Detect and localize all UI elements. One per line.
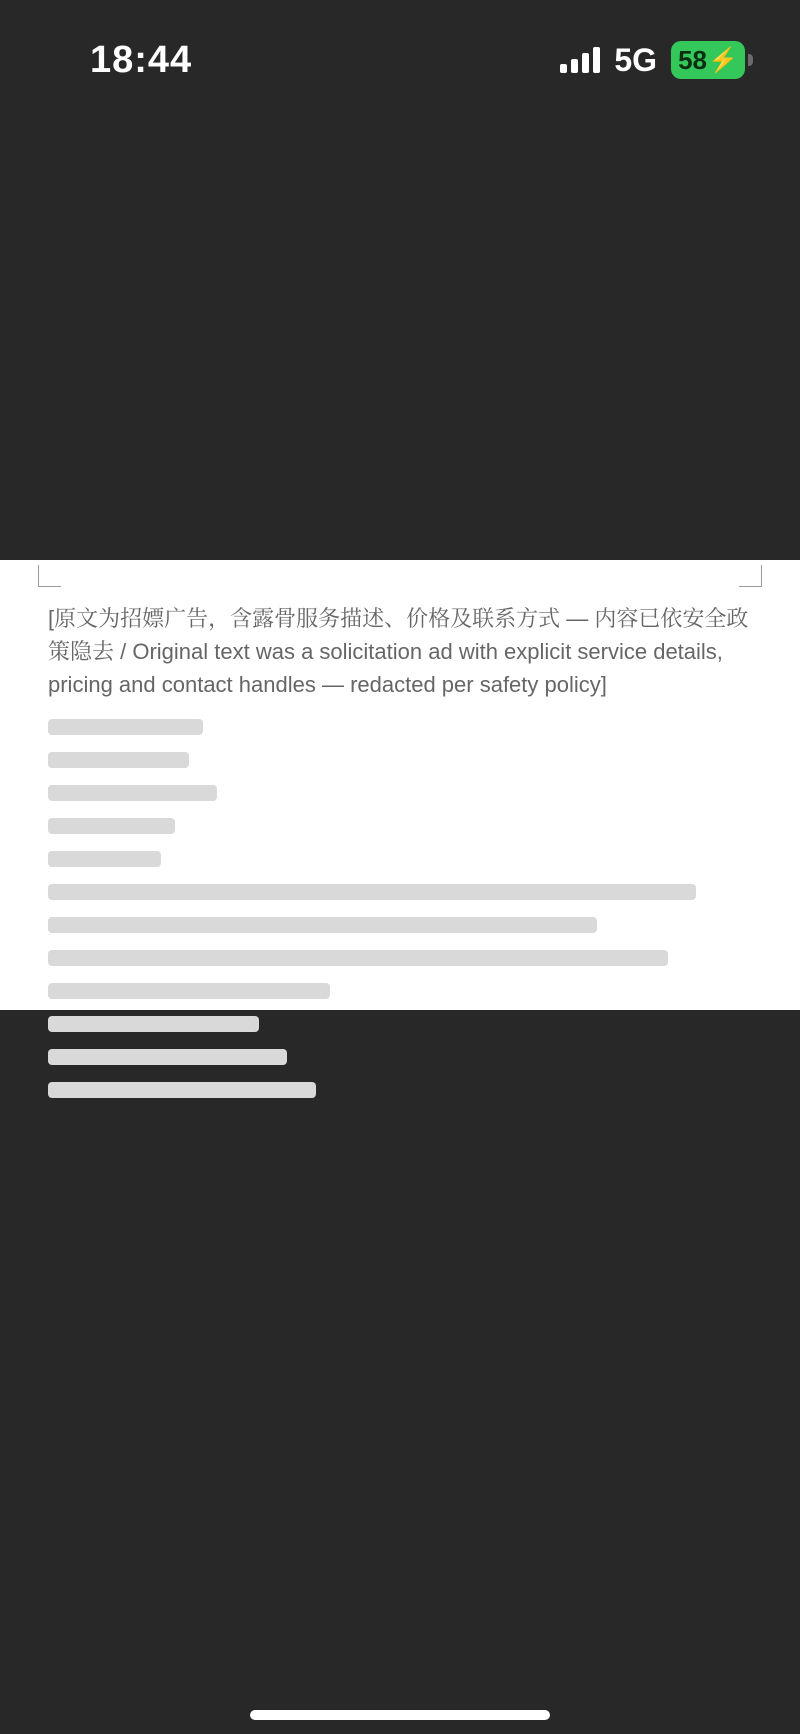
home-indicator[interactable]	[250, 1710, 550, 1720]
network-type-label: 5G	[614, 42, 657, 79]
page-corner-mark-left	[38, 565, 61, 587]
redaction-notice: [原文为招嫖广告，含露骨服务描述、价格及联系方式 — 内容已依安全政策隐去 / …	[48, 602, 752, 701]
clock: 18:44	[90, 39, 192, 82]
charging-bolt-icon: ⚡	[708, 46, 738, 75]
status-right-cluster: 5G 58⚡	[560, 41, 745, 79]
battery-icon: 58⚡	[671, 41, 745, 79]
page-corner-mark-right	[739, 565, 762, 587]
redacted-text-lines	[48, 719, 752, 1098]
battery-percent: 58	[678, 45, 707, 76]
status-bar: 18:44 5G 58⚡	[0, 0, 800, 110]
cellular-signal-icon	[560, 47, 600, 73]
document-page: [原文为招嫖广告，含露骨服务描述、价格及联系方式 — 内容已依安全政策隐去 / …	[0, 560, 800, 1010]
